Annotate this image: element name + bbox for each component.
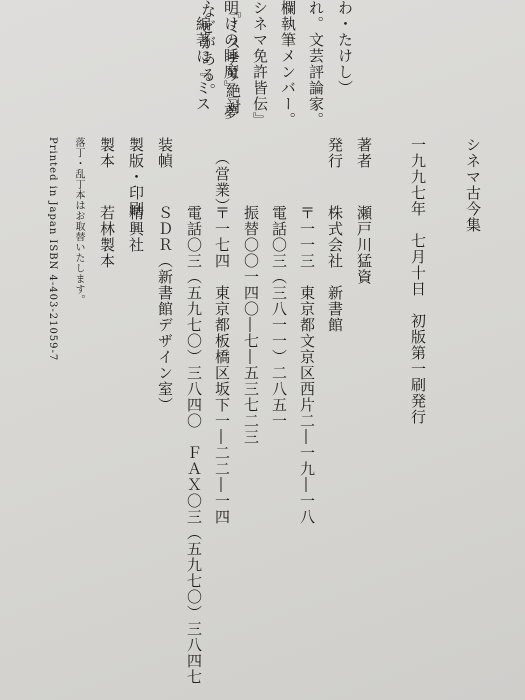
printing-credit: 精興社	[128, 205, 143, 253]
replacement-note: 落丁・乱丁本はお取替いたします。	[73, 137, 83, 305]
bio-line: れ。文芸評論家。	[308, 0, 323, 128]
bio-line: 『ミステリ絶対	[225, 3, 240, 115]
design-credit: ＳＤＲ（新書館デザイン室）	[157, 205, 172, 413]
isbn-line: Printed in Japan ISBN 4-403-21059-7	[47, 137, 57, 361]
publisher-address: 〒一一三 東京都文京区西片二―一九―一八	[299, 205, 314, 525]
publisher-name: 株式会社 新書館	[327, 205, 342, 333]
sales-address: 〒一七四 東京都板橋区坂下一―二二―一四	[214, 205, 229, 525]
binding-credit: 若林製本	[99, 205, 114, 269]
publisher-phone: 電話〇三（三八一一）二八五一	[271, 205, 286, 429]
bio-line: などがある。	[200, 3, 215, 99]
design-label: 装幀	[157, 137, 172, 169]
bio-line: わ・たけし）	[337, 0, 352, 96]
book-page: わ・たけし） れ。文芸評論家。 欄執筆メンバー。 シネマ免許皆伝』 明けの睡魔』…	[0, 0, 525, 700]
author-label: 著者	[356, 137, 371, 169]
binding-label: 製本	[99, 137, 114, 169]
bio-line: 欄執筆メンバー。	[280, 0, 295, 128]
publisher-label: 発行	[327, 137, 342, 169]
bio-line: シネマ免許皆伝』	[252, 0, 267, 128]
author-name: 瀬戸川猛資	[356, 205, 371, 285]
book-title: シネマ古今集	[465, 137, 480, 233]
postal-transfer: 振替〇〇一四〇―七―五三七二三	[243, 205, 258, 445]
publication-date: 一九九七年 七月十日 初版第一刷発行	[410, 137, 425, 425]
sales-phone-fax: 電話〇三（五九七〇）三八四〇 ＦＡＸ〇三（五九七〇）三八四七	[186, 205, 201, 685]
